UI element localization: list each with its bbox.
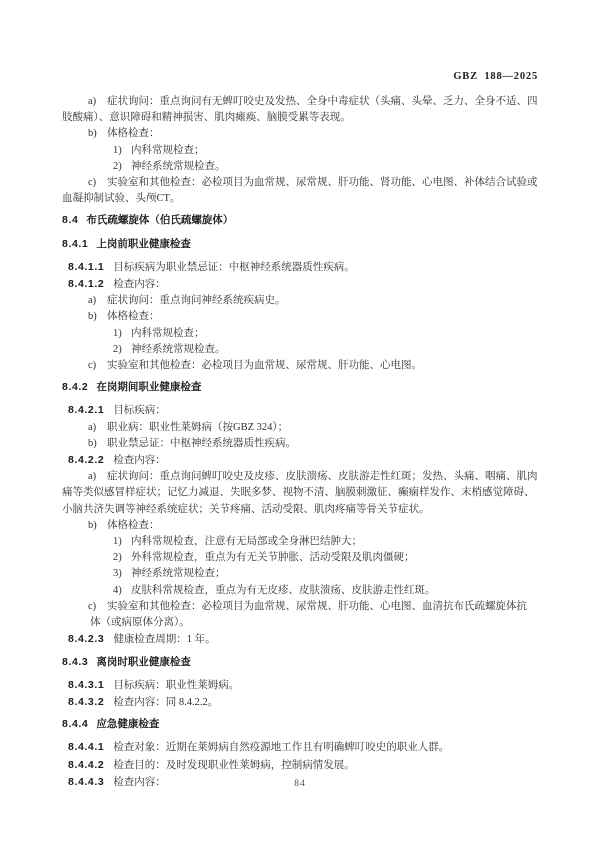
doc-line: 8.4.1.2检查内容： xyxy=(62,276,540,293)
line-text: 体格检查： xyxy=(107,128,160,139)
line-text: 检查对象：近期在莱姆病自然疫源地工作且有明确蜱叮咬史的职业人群。 xyxy=(113,742,449,753)
item-label: b) xyxy=(88,436,107,452)
doc-line: a)症状询问：重点询问神经系统疾病史。 xyxy=(62,293,540,309)
clause-number: 8.4.3 xyxy=(62,656,88,668)
item-label: a) xyxy=(88,293,107,309)
section-heading: 8.4.2在岗期间职业健康检查 xyxy=(62,379,540,395)
line-text: 目标疾病： xyxy=(113,405,166,416)
section-heading: 8.4.1上岗前职业健康检查 xyxy=(62,236,540,252)
item-label: a) xyxy=(88,94,107,110)
line-text: 血凝抑制试验、头颅CT。 xyxy=(62,193,180,204)
doc-line: 4)皮肤科常规检查，重点为有无皮疹、皮肤溃疡、皮肤游走性红斑。 xyxy=(62,583,540,599)
doc-line: 8.4.1.1目标疾病为职业禁忌证：中枢神经系统器质性疾病。 xyxy=(62,259,540,276)
line-text: 症状询问：重点询问有无蜱叮咬史及发热、全身中毒症状（头痛、头晕、乏力、全身不适、… xyxy=(107,96,538,107)
doc-line: c)实验室和其他检查：必检项目为血常规、尿常规、肝功能、肾功能、心电图、补体结合… xyxy=(62,175,540,191)
doc-line: c)实验室和其他检查：必检项目为血常规、尿常规、肝功能、心电图。 xyxy=(62,358,540,374)
line-text: 神经系统常规检查。 xyxy=(131,161,226,172)
doc-line: c)实验室和其他检查：必检项目为血常规、尿常规、肝功能、心电图、血清抗布氏疏螺旋… xyxy=(62,599,540,615)
doc-line: 8.4.3.2检查内容：同 8.4.2.2。 xyxy=(62,694,540,711)
doc-line: 小脑共济失调等神经系统症状；关节疼痛、活动受限、肌肉疼痛等骨关节症状。 xyxy=(62,502,540,518)
line-text: 职业病：职业性莱姆病（按GBZ 324）； xyxy=(107,422,288,433)
doc-line: 痛等类似感冒样症状；记忆力减退、失眠多梦、视物不清、脑膜刺激征、癫痫样发作、末梢… xyxy=(62,485,540,501)
clause-number: 8.4.4.2 xyxy=(68,759,104,771)
doc-line: 8.4.3.1目标疾病：职业性莱姆病。 xyxy=(62,677,540,694)
line-text: 职业禁忌证：中枢神经系统器质性疾病。 xyxy=(107,438,296,449)
line-text: 实验室和其他检查：必检项目为血常规、尿常规、肝功能、心电图。 xyxy=(107,360,422,371)
line-text: 目标疾病：职业性莱姆病。 xyxy=(113,680,239,691)
section-heading: 8.4.4应急健康检查 xyxy=(62,716,540,732)
line-text: 应急健康检查 xyxy=(96,718,159,730)
line-text: 神经系统常规检查。 xyxy=(131,344,226,355)
item-label: 3) xyxy=(113,566,131,582)
doc-line: a)症状询问：重点询问蜱叮咬史及皮疹、皮肤溃疡、皮肤游走性红斑；发热、头痛、咽痛… xyxy=(62,469,540,485)
item-label: 2) xyxy=(113,342,131,358)
line-text: 布氏疏螺旋体（伯氏疏螺旋体） xyxy=(86,214,233,226)
line-text: 体格检查： xyxy=(107,520,160,531)
doc-line: 体（或病原体分离）。 xyxy=(62,615,540,631)
section-heading: 8.4.3离岗时职业健康检查 xyxy=(62,654,540,670)
doc-line: 1)内科常规检查； xyxy=(62,326,540,342)
item-label: a) xyxy=(88,420,107,436)
doc-line: 8.4.4.1检查对象：近期在莱姆病自然疫源地工作且有明确蜱叮咬史的职业人群。 xyxy=(62,739,540,756)
doc-line: 2)外科常规检查，重点为有无关节肿胀、活动受限及肌肉僵硬； xyxy=(62,550,540,566)
item-label: c) xyxy=(88,175,107,191)
doc-line: 8.4.2.2检查内容： xyxy=(62,452,540,469)
line-text: 目标疾病为职业禁忌证：中枢神经系统器质性疾病。 xyxy=(113,262,355,273)
item-label: 4) xyxy=(113,583,131,599)
item-label: c) xyxy=(88,358,107,374)
item-label: b) xyxy=(88,309,107,325)
doc-line: 8.4.2.1目标疾病： xyxy=(62,402,540,419)
doc-line: a)职业病：职业性莱姆病（按GBZ 324）； xyxy=(62,420,540,436)
line-text: 皮肤科常规检查，重点为有无皮疹、皮肤溃疡、皮肤游走性红斑。 xyxy=(131,585,436,596)
clause-number: 8.4.1 xyxy=(62,238,88,250)
item-label: b) xyxy=(88,518,107,534)
line-text: 检查内容： xyxy=(113,455,166,466)
page-number: 84 xyxy=(0,779,600,789)
item-label: c) xyxy=(88,599,107,615)
doc-line: b)体格检查： xyxy=(62,309,540,325)
doc-line: a)症状询问：重点询问有无蜱叮咬史及发热、全身中毒症状（头痛、头晕、乏力、全身不… xyxy=(62,94,540,110)
clause-number: 8.4.1.1 xyxy=(68,261,104,273)
line-text: 内科常规检查，注意有无局部或全身淋巴结肿大； xyxy=(131,536,362,547)
line-text: 症状询问：重点询问蜱叮咬史及皮疹、皮肤溃疡、皮肤游走性红斑；发热、头痛、咽痛、肌… xyxy=(107,471,538,482)
doc-line: 1)内科常规检查，注意有无局部或全身淋巴结肿大； xyxy=(62,534,540,550)
line-text: 检查内容： xyxy=(113,279,166,290)
line-text: 神经系统常规检查； xyxy=(131,568,226,579)
doc-line: 2)神经系统常规检查。 xyxy=(62,159,540,175)
item-label: 1) xyxy=(113,534,131,550)
document-body: a)症状询问：重点询问有无蜱叮咬史及发热、全身中毒症状（头痛、头晕、乏力、全身不… xyxy=(62,94,540,791)
line-text: 实验室和其他检查：必检项目为血常规、尿常规、肝功能、心电图、血清抗布氏疏螺旋体抗 xyxy=(107,601,527,612)
line-text: 离岗时职业健康检查 xyxy=(96,656,191,668)
line-text: 小脑共济失调等神经系统症状；关节疼痛、活动受限、肌肉疼痛等骨关节症状。 xyxy=(62,504,430,515)
doc-line: 3)神经系统常规检查； xyxy=(62,566,540,582)
doc-line: 肢酸痛）、意识障碍和精神损害、肌肉瘫痪、脑膜受累等表现。 xyxy=(62,110,540,126)
item-label: 2) xyxy=(113,550,131,566)
clause-number: 8.4.3.1 xyxy=(68,679,104,691)
clause-number: 8.4.2.1 xyxy=(68,404,104,416)
line-text: 外科常规检查，重点为有无关节肿胀、活动受限及肌肉僵硬； xyxy=(131,552,415,563)
line-text: 内科常规检查； xyxy=(131,328,205,339)
item-label: 1) xyxy=(113,143,131,159)
line-text: 痛等类似感冒样症状；记忆力减退、失眠多梦、视物不清、脑膜刺激征、癫痫样发作、末梢… xyxy=(62,487,535,498)
item-label: b) xyxy=(88,126,107,142)
doc-line: 1)内科常规检查； xyxy=(62,143,540,159)
doc-line: 8.4.2.3健康检查周期：1 年。 xyxy=(62,631,540,648)
doc-line: 血凝抑制试验、头颅CT。 xyxy=(62,191,540,207)
doc-line: b)体格检查： xyxy=(62,126,540,142)
clause-number: 8.4.2.3 xyxy=(68,633,104,645)
doc-line: b)体格检查： xyxy=(62,518,540,534)
line-text: 肢酸痛）、意识障碍和精神损害、肌肉瘫痪、脑膜受累等表现。 xyxy=(62,112,351,123)
line-text: 体（或病原体分离）。 xyxy=(90,617,190,628)
doc-line: 8.4.4.2检查目的：及时发现职业性莱姆病，控制病情发展。 xyxy=(62,757,540,774)
line-text: 实验室和其他检查：必检项目为血常规、尿常规、肝功能、肾功能、心电图、补体结合试验… xyxy=(107,177,538,188)
clause-number: 8.4.4 xyxy=(62,718,88,730)
clause-number: 8.4.1.2 xyxy=(68,278,104,290)
item-label: a) xyxy=(88,469,107,485)
clause-number: 8.4.3.2 xyxy=(68,696,104,708)
doc-line: 2)神经系统常规检查。 xyxy=(62,342,540,358)
clause-number: 8.4 xyxy=(62,214,78,226)
doc-line: b)职业禁忌证：中枢神经系统器质性疾病。 xyxy=(62,436,540,452)
standard-code: GBZ 188—2025 xyxy=(453,71,538,82)
clause-number: 8.4.4.1 xyxy=(68,741,104,753)
line-text: 内科常规检查； xyxy=(131,145,205,156)
document-page: GBZ 188—2025 a)症状询问：重点询问有无蜱叮咬史及发热、全身中毒症状… xyxy=(0,0,600,848)
line-text: 检查目的：及时发现职业性莱姆病，控制病情发展。 xyxy=(113,760,355,771)
line-text: 健康检查周期：1 年。 xyxy=(113,634,215,645)
clause-number: 8.4.2 xyxy=(62,381,88,393)
item-label: 1) xyxy=(113,326,131,342)
line-text: 检查内容：同 8.4.2.2。 xyxy=(113,697,218,708)
line-text: 症状询问：重点询问神经系统疾病史。 xyxy=(107,295,286,306)
line-text: 在岗期间职业健康检查 xyxy=(96,381,201,393)
line-text: 上岗前职业健康检查 xyxy=(96,238,191,250)
section-heading: 8.4布氏疏螺旋体（伯氏疏螺旋体） xyxy=(62,212,540,228)
clause-number: 8.4.2.2 xyxy=(68,454,104,466)
item-label: 2) xyxy=(113,159,131,175)
line-text: 体格检查： xyxy=(107,311,160,322)
